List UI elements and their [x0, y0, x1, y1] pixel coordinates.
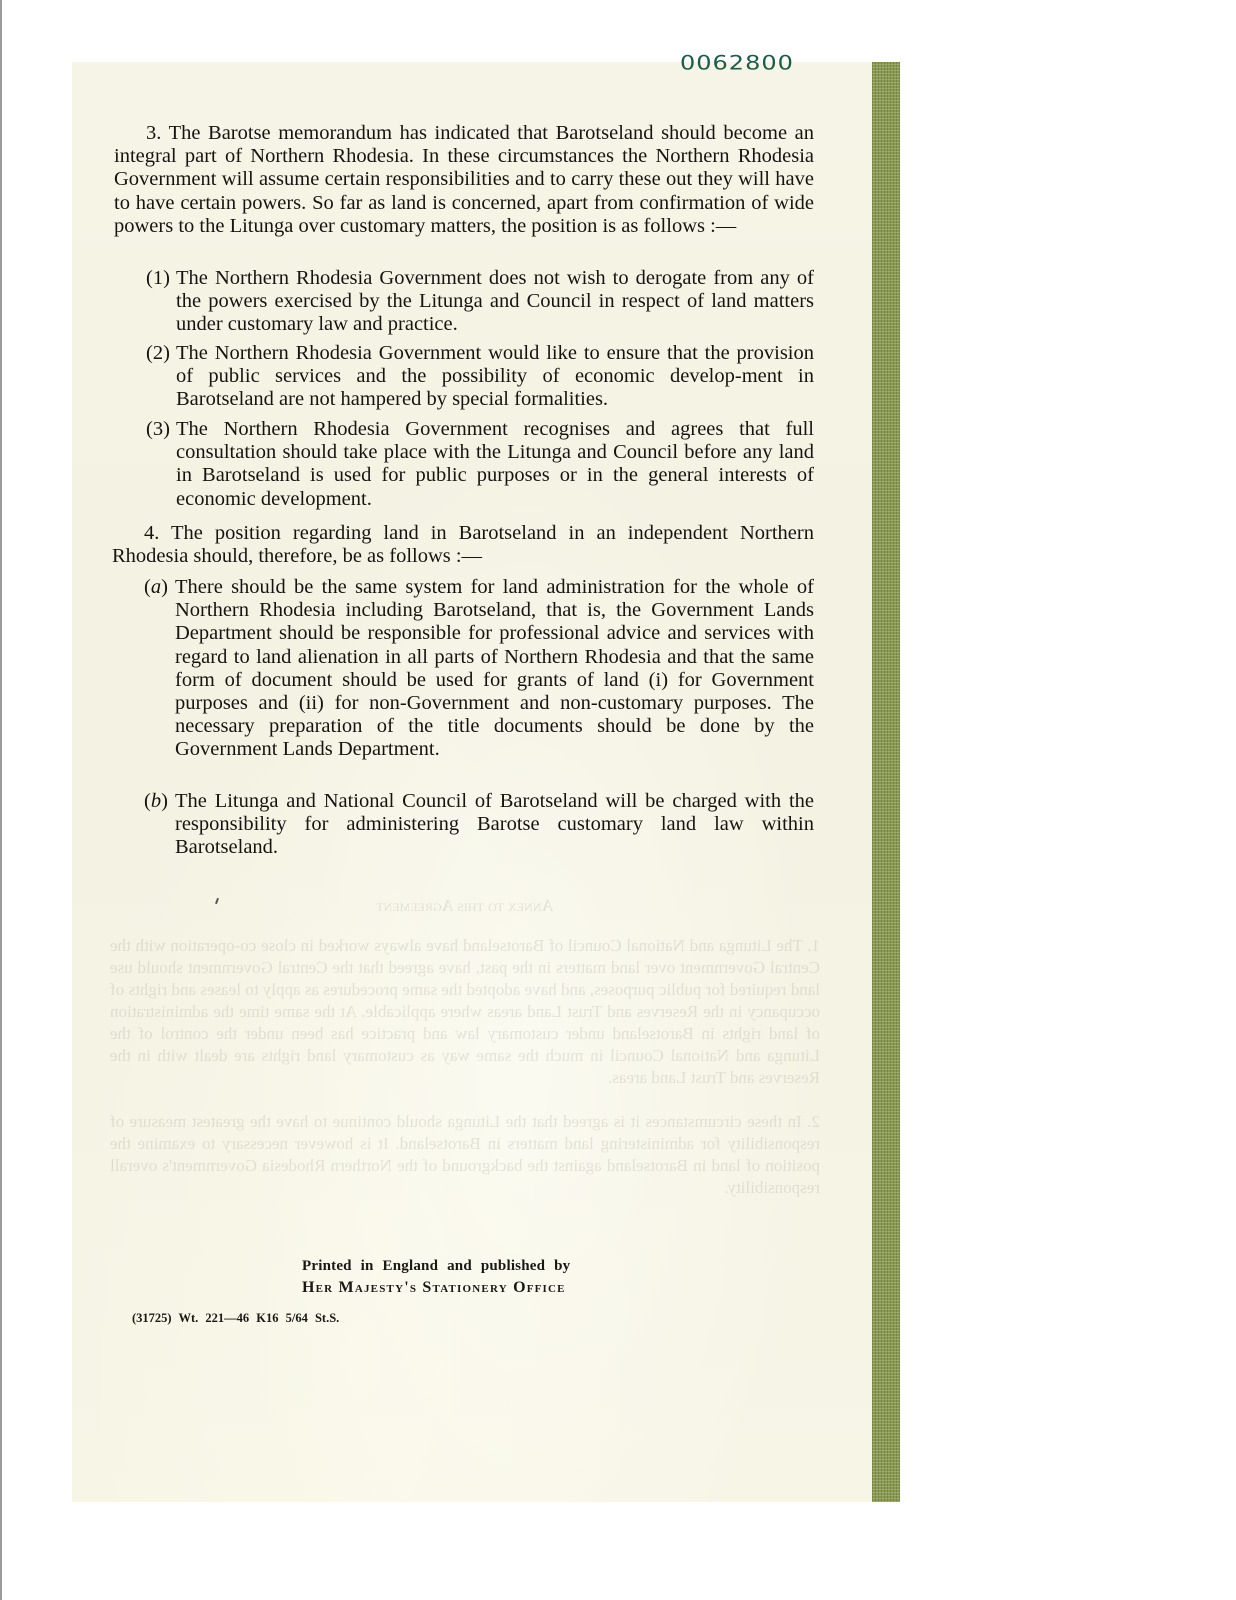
list-item-2: (2) The Northern Rhodesia Government wou… — [146, 342, 814, 412]
print-imprint-code: (31725) Wt. 221—46 K16 5/64 St.S. — [132, 1311, 339, 1326]
list-item-text: The Litunga and National Council of Baro… — [175, 790, 814, 860]
list-marker: (1) — [146, 267, 170, 290]
printer-line-1: Printed in England and published by — [302, 1255, 622, 1277]
printer-line-2: Her Majesty's Stationery Office — [302, 1277, 622, 1299]
list-item-text: There should be the same system for land… — [175, 576, 814, 762]
scan-left-edge — [0, 0, 2, 1600]
printer-colophon: Printed in England and published by Her … — [302, 1255, 622, 1299]
list-item-text: The Northern Rhodesia Government does no… — [176, 267, 814, 337]
list-item-b: (b) The Litunga and National Council of … — [144, 790, 814, 860]
list-item-3: (3) The Northern Rhodesia Government rec… — [146, 418, 814, 511]
list-marker: (3) — [146, 418, 170, 441]
list-item-text: The Northern Rhodesia Government recogni… — [176, 418, 814, 511]
paragraph-4: 4. The position regarding land in Barots… — [112, 522, 814, 568]
list-item-1: (1) The Northern Rhodesia Government doe… — [146, 267, 814, 337]
paragraph-3: 3. The Barotse memorandum has indicated … — [114, 122, 814, 238]
list-item-text: The Northern Rhodesia Government would l… — [176, 342, 814, 412]
list-marker: (2) — [146, 342, 170, 365]
list-marker: (a) — [144, 576, 168, 599]
handwritten-reference-number: 0062800 — [680, 52, 794, 74]
green-binding-strip — [872, 62, 900, 1502]
list-marker: (b) — [144, 790, 168, 813]
list-item-a: (a) There should be the same system for … — [144, 576, 814, 762]
